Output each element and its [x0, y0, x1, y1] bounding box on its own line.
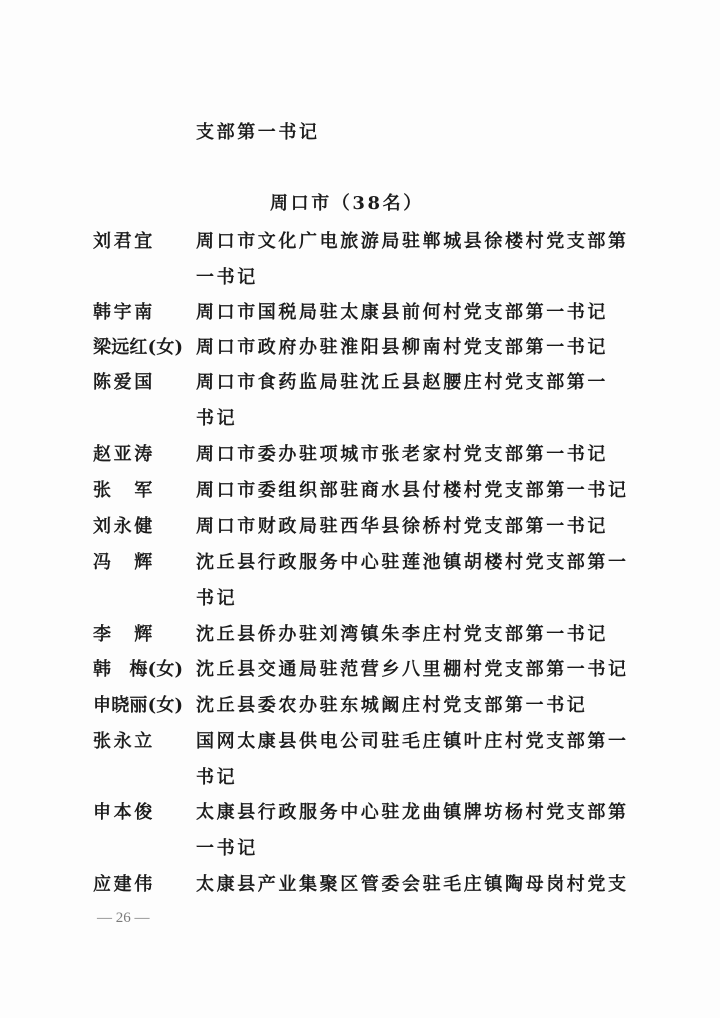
entry-description-wrap: 书记: [196, 588, 237, 610]
entry-name: 应建伟: [93, 874, 155, 896]
entry-description-wrap: 书记: [196, 408, 237, 430]
entry-name: 赵亚涛: [93, 444, 155, 466]
section-heading: 周口市（38名）: [270, 193, 470, 215]
entry-name: 刘君宜: [93, 231, 155, 253]
entry-description: 沈丘县委农办驻东城阚庄村党支部第一书记: [196, 695, 587, 717]
entry-name: 张 军: [93, 480, 155, 502]
document-page: 支部第一书记 周口市（38名） 刘君宜 周口市文化广电旅游局驻郸城县徐楼村党支部…: [0, 0, 720, 1018]
entry-description: 周口市财政局驻西华县徐桥村党支部第一书记: [196, 516, 608, 538]
entry-description: 周口市国税局驻太康县前何村党支部第一书记: [196, 302, 608, 324]
entry-name: 韩 梅(女): [93, 659, 183, 681]
entry-description: 太康县产业集聚区管委会驻毛庄镇陶母岗村党支: [196, 874, 629, 896]
entry-name: 冯 辉: [93, 552, 155, 574]
entry-description-wrap: 一书记: [196, 267, 258, 289]
entry-description: 周口市委办驻项城市张老家村党支部第一书记: [196, 444, 608, 466]
entry-name: 陈爱国: [93, 372, 155, 394]
entry-description: 沈丘县交通局驻范营乡八里棚村党支部第一书记: [196, 659, 629, 681]
entry-name: 申晓丽(女): [93, 695, 183, 717]
entry-name: 刘永健: [93, 516, 155, 538]
entry-name: 张永立: [93, 731, 155, 753]
entry-description: 国网太康县供电公司驻毛庄镇叶庄村党支部第一: [196, 731, 629, 753]
entry-description: 周口市委组织部驻商水县付楼村党支部第一书记: [196, 480, 629, 502]
entry-description: 太康县行政服务中心驻龙曲镇牌坊杨村党支部第: [196, 802, 629, 824]
entry-description: 周口市食药监局驻沈丘县赵腰庄村党支部第一: [196, 372, 608, 394]
entry-description-wrap: 书记: [196, 767, 237, 789]
entry-name: 梁远红(女): [93, 337, 183, 359]
entry-name: 韩宇南: [93, 302, 155, 324]
entry-description: 周口市政府办驻淮阳县柳南村党支部第一书记: [196, 337, 608, 359]
entry-name: 申本俊: [93, 802, 155, 824]
page-number: — 26 —: [97, 908, 150, 928]
entry-description: 周口市文化广电旅游局驻郸城县徐楼村党支部第: [196, 231, 629, 253]
continuation-text: 支部第一书记: [196, 122, 320, 144]
entry-description: 沈丘县行政服务中心驻莲池镇胡楼村党支部第一: [196, 552, 629, 574]
entry-name: 李 辉: [93, 624, 155, 646]
entry-description-wrap: 一书记: [196, 838, 258, 860]
entry-description: 沈丘县侨办驻刘湾镇朱李庄村党支部第一书记: [196, 624, 608, 646]
